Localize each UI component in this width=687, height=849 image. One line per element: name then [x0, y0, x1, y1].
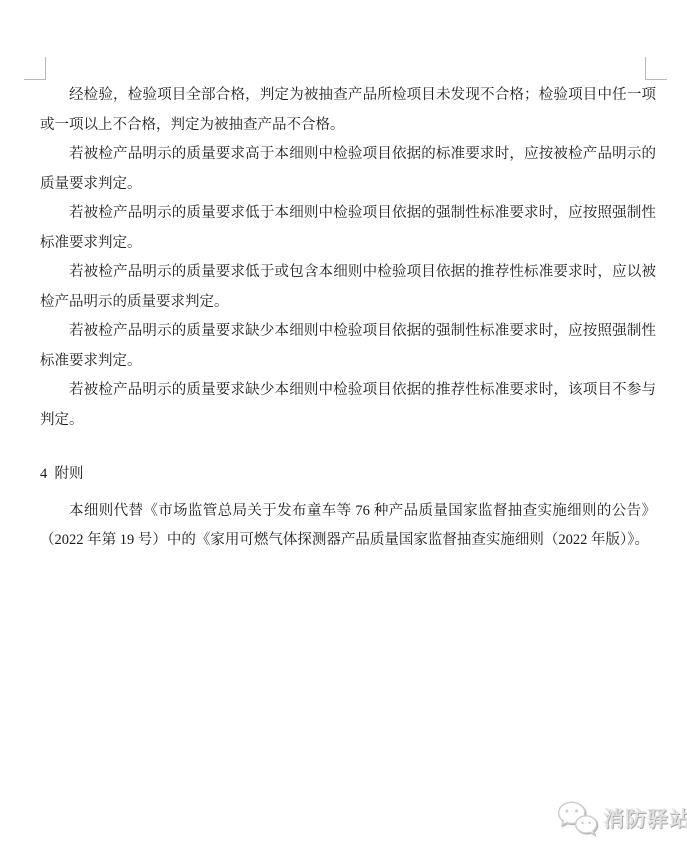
paragraph-higher-requirement: 若被检产品明示的质量要求高于本细则中检验项目依据的标准要求时，应按被检产品明示的…	[40, 140, 656, 199]
watermark: 消防驿站	[556, 799, 687, 837]
document-page: 经检验，检验项目全部合格，判定为被抽查产品所检项目未发现不合格；检验项目中任一项…	[0, 0, 687, 849]
wechat-chat-bubbles-icon	[556, 799, 598, 837]
paragraph-missing-mandatory: 若被检产品明示的质量要求缺少本细则中检验项目依据的强制性标准要求时，应按照强制性…	[40, 317, 656, 376]
paragraph-lower-mandatory: 若被检产品明示的质量要求低于本细则中检验项目依据的强制性标准要求时，应按照强制性…	[40, 199, 656, 258]
paragraph-missing-recommended: 若被检产品明示的质量要求缺少本细则中检验项目依据的推荐性标准要求时，该项目不参与…	[40, 376, 656, 435]
text-boundary-mark-top-right	[645, 57, 667, 80]
document-body: 经检验，检验项目全部合格，判定为被抽查产品所检项目未发现不合格；检验项目中任一项…	[40, 81, 656, 556]
section-heading-supplementary-provisions: 4 附则	[40, 460, 656, 490]
paragraph-judgment-rule: 经检验，检验项目全部合格，判定为被抽查产品所检项目未发现不合格；检验项目中任一项…	[40, 81, 656, 140]
paragraph-lower-recommended: 若被检产品明示的质量要求低于或包含本细则中检验项目依据的推荐性标准要求时，应以被…	[40, 258, 656, 317]
text-boundary-mark-top-left	[24, 57, 46, 80]
closing-paragraph-replacement-notice: 本细则代替《市场监管总局关于发布童车等 76 种产品质量国家监督抽查实施细则的公…	[40, 497, 656, 556]
watermark-text: 消防驿站	[603, 803, 687, 833]
